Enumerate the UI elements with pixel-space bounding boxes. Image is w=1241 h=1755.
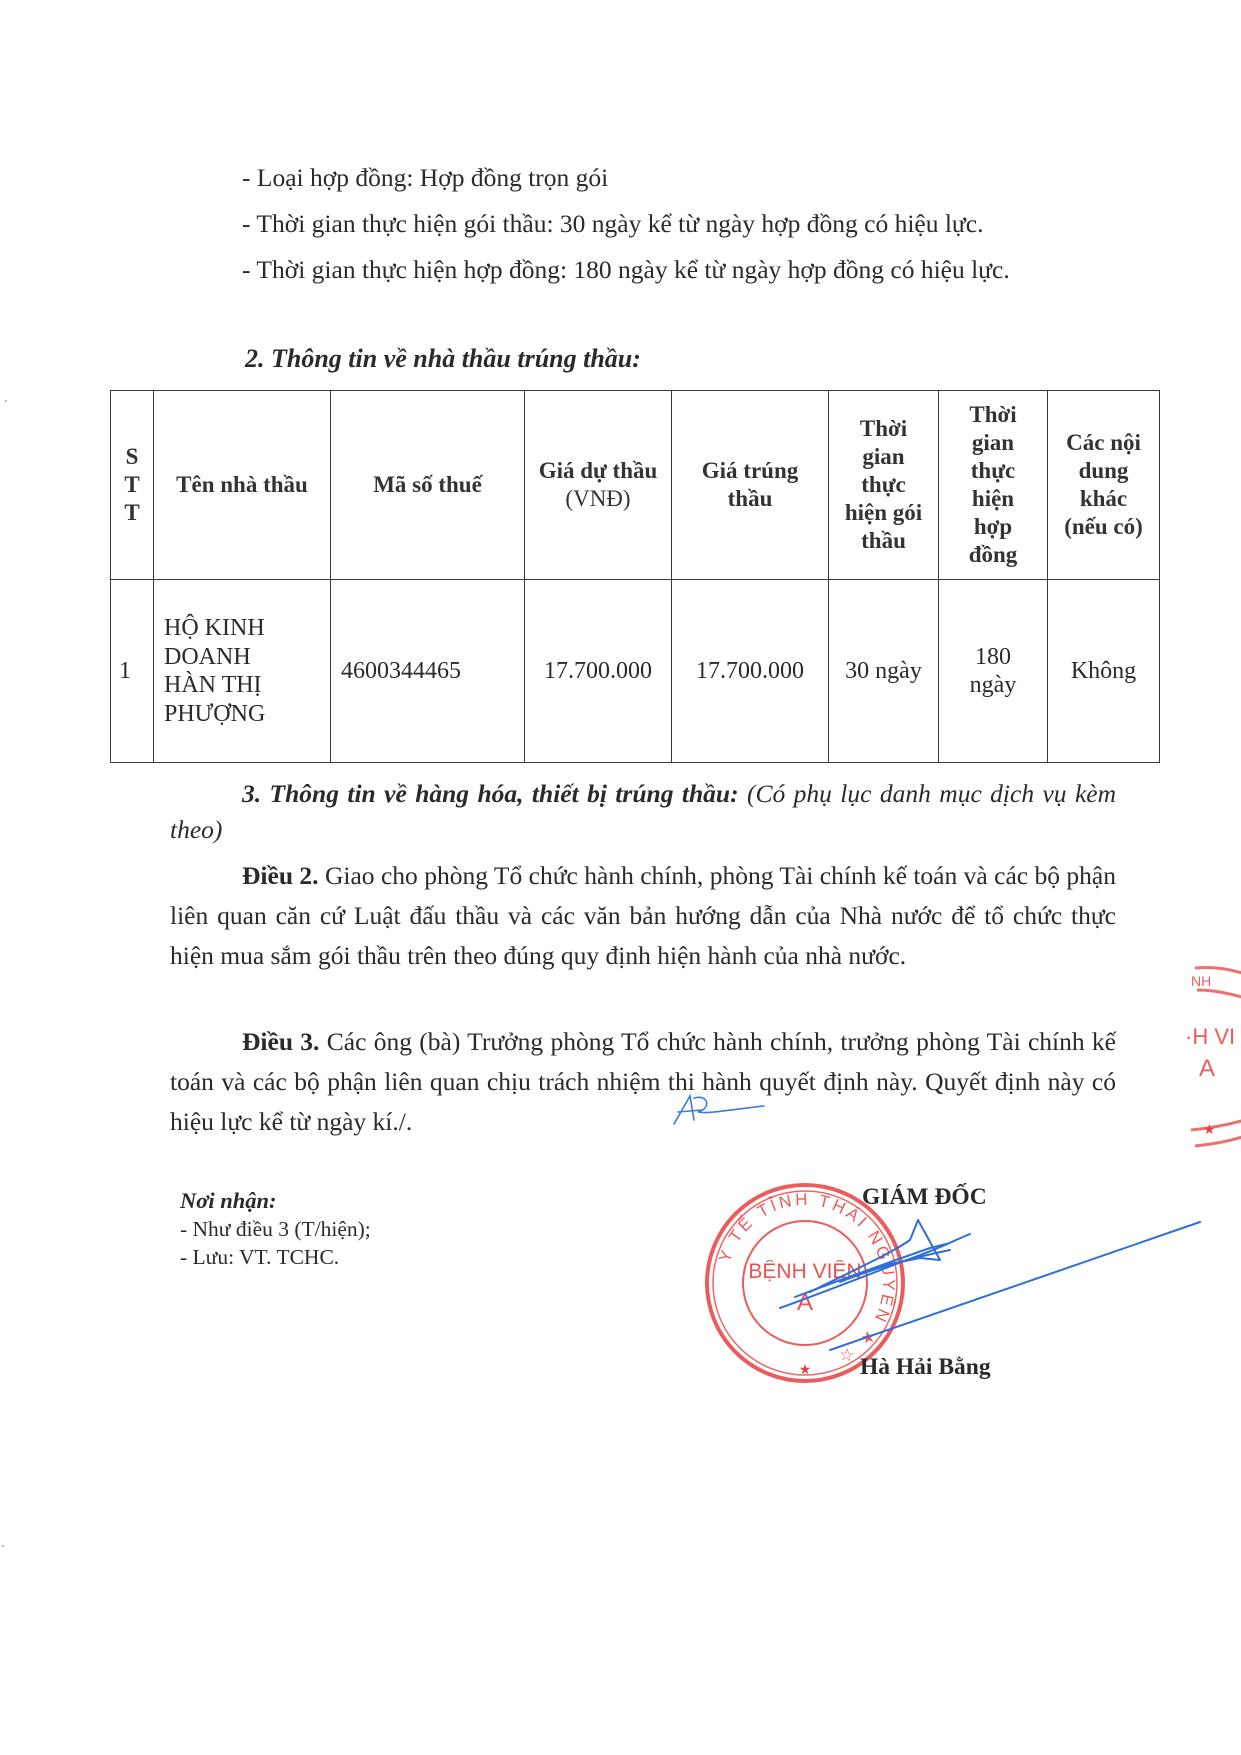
partial-seal-edge: NH ·H VI A ★ bbox=[1185, 960, 1241, 1160]
initials-mark bbox=[668, 1090, 768, 1130]
receivers-block: Nơi nhận: - Như điều 3 (T/hiện); - Lưu: … bbox=[180, 1187, 371, 1271]
article-3-label: Điều 3. bbox=[242, 1027, 319, 1056]
cell-winning-price: 17.700.000 bbox=[672, 580, 829, 763]
header-contract-time: Thờigianthựchiệnhợpđồng bbox=[939, 391, 1048, 580]
article-3: Điều 3. Các ông (bà) Trưởng phòng Tổ chứ… bbox=[170, 1022, 1116, 1142]
header-package-time: Thờigianthựchiện góithầu bbox=[829, 391, 939, 580]
receiver-item: - Như điều 3 (T/hiện); bbox=[180, 1215, 371, 1243]
cell-package-time: 30 ngày bbox=[829, 580, 939, 763]
section-3-heading: 3. Thông tin về hàng hóa, thiết bị trúng… bbox=[242, 779, 739, 808]
svg-text:A: A bbox=[1199, 1055, 1215, 1082]
article-2-label: Điều 2. bbox=[242, 861, 319, 890]
article-2: Điều 2. Giao cho phòng Tổ chức hành chín… bbox=[170, 856, 1116, 976]
contract-type-line: - Loại hợp đồng: Hợp đồng trọn gói bbox=[242, 163, 608, 193]
receiver-item: - Lưu: VT. TCHC. bbox=[180, 1243, 371, 1271]
header-winning-price: Giá trúngthầu bbox=[672, 391, 829, 580]
header-stt: STT bbox=[111, 391, 154, 580]
document-page: - Loại hợp đồng: Hợp đồng trọn gói - Thờ… bbox=[0, 0, 1241, 1755]
winning-bidder-table: STT Tên nhà thầu Mã số thuế Giá dự thầu(… bbox=[110, 390, 1160, 763]
cell-contract-time: 180ngày bbox=[939, 580, 1048, 763]
contract-duration-line: - Thời gian thực hiện hợp đồng: 180 ngày… bbox=[242, 255, 1010, 285]
cell-stt: 1 bbox=[111, 580, 154, 763]
table-header-row: STT Tên nhà thầu Mã số thuế Giá dự thầu(… bbox=[111, 391, 1160, 580]
header-bid-price: Giá dự thầu(VNĐ) bbox=[525, 391, 672, 580]
table-row: 1 HỘ KINHDOANHHÀN THỊPHƯỢNG 4600344465 1… bbox=[111, 580, 1160, 763]
header-tax-code: Mã số thuế bbox=[331, 391, 525, 580]
svg-text:·H VI: ·H VI bbox=[1185, 1024, 1235, 1049]
svg-text:★: ★ bbox=[1203, 1123, 1216, 1138]
scan-speck bbox=[5, 400, 7, 402]
svg-text:NH: NH bbox=[1191, 973, 1211, 989]
cell-other-content: Không bbox=[1048, 580, 1160, 763]
header-other-content: Các nộidungkhác(nếu có) bbox=[1048, 391, 1160, 580]
section-2-heading: 2. Thông tin về nhà thầu trúng thầu: bbox=[245, 344, 641, 374]
cell-tax-code: 4600344465 bbox=[331, 580, 525, 763]
header-bidder-name: Tên nhà thầu bbox=[154, 391, 331, 580]
scan-speck bbox=[2, 1545, 4, 1547]
cell-bid-price: 17.700.000 bbox=[525, 580, 672, 763]
section-3: 3. Thông tin về hàng hóa, thiết bị trúng… bbox=[170, 776, 1116, 848]
receivers-title: Nơi nhận: bbox=[180, 1187, 371, 1215]
package-duration-line: - Thời gian thực hiện gói thầu: 30 ngày … bbox=[242, 209, 983, 239]
cell-bidder-name: HỘ KINHDOANHHÀN THỊPHƯỢNG bbox=[154, 580, 331, 763]
director-signature bbox=[770, 1200, 1210, 1370]
